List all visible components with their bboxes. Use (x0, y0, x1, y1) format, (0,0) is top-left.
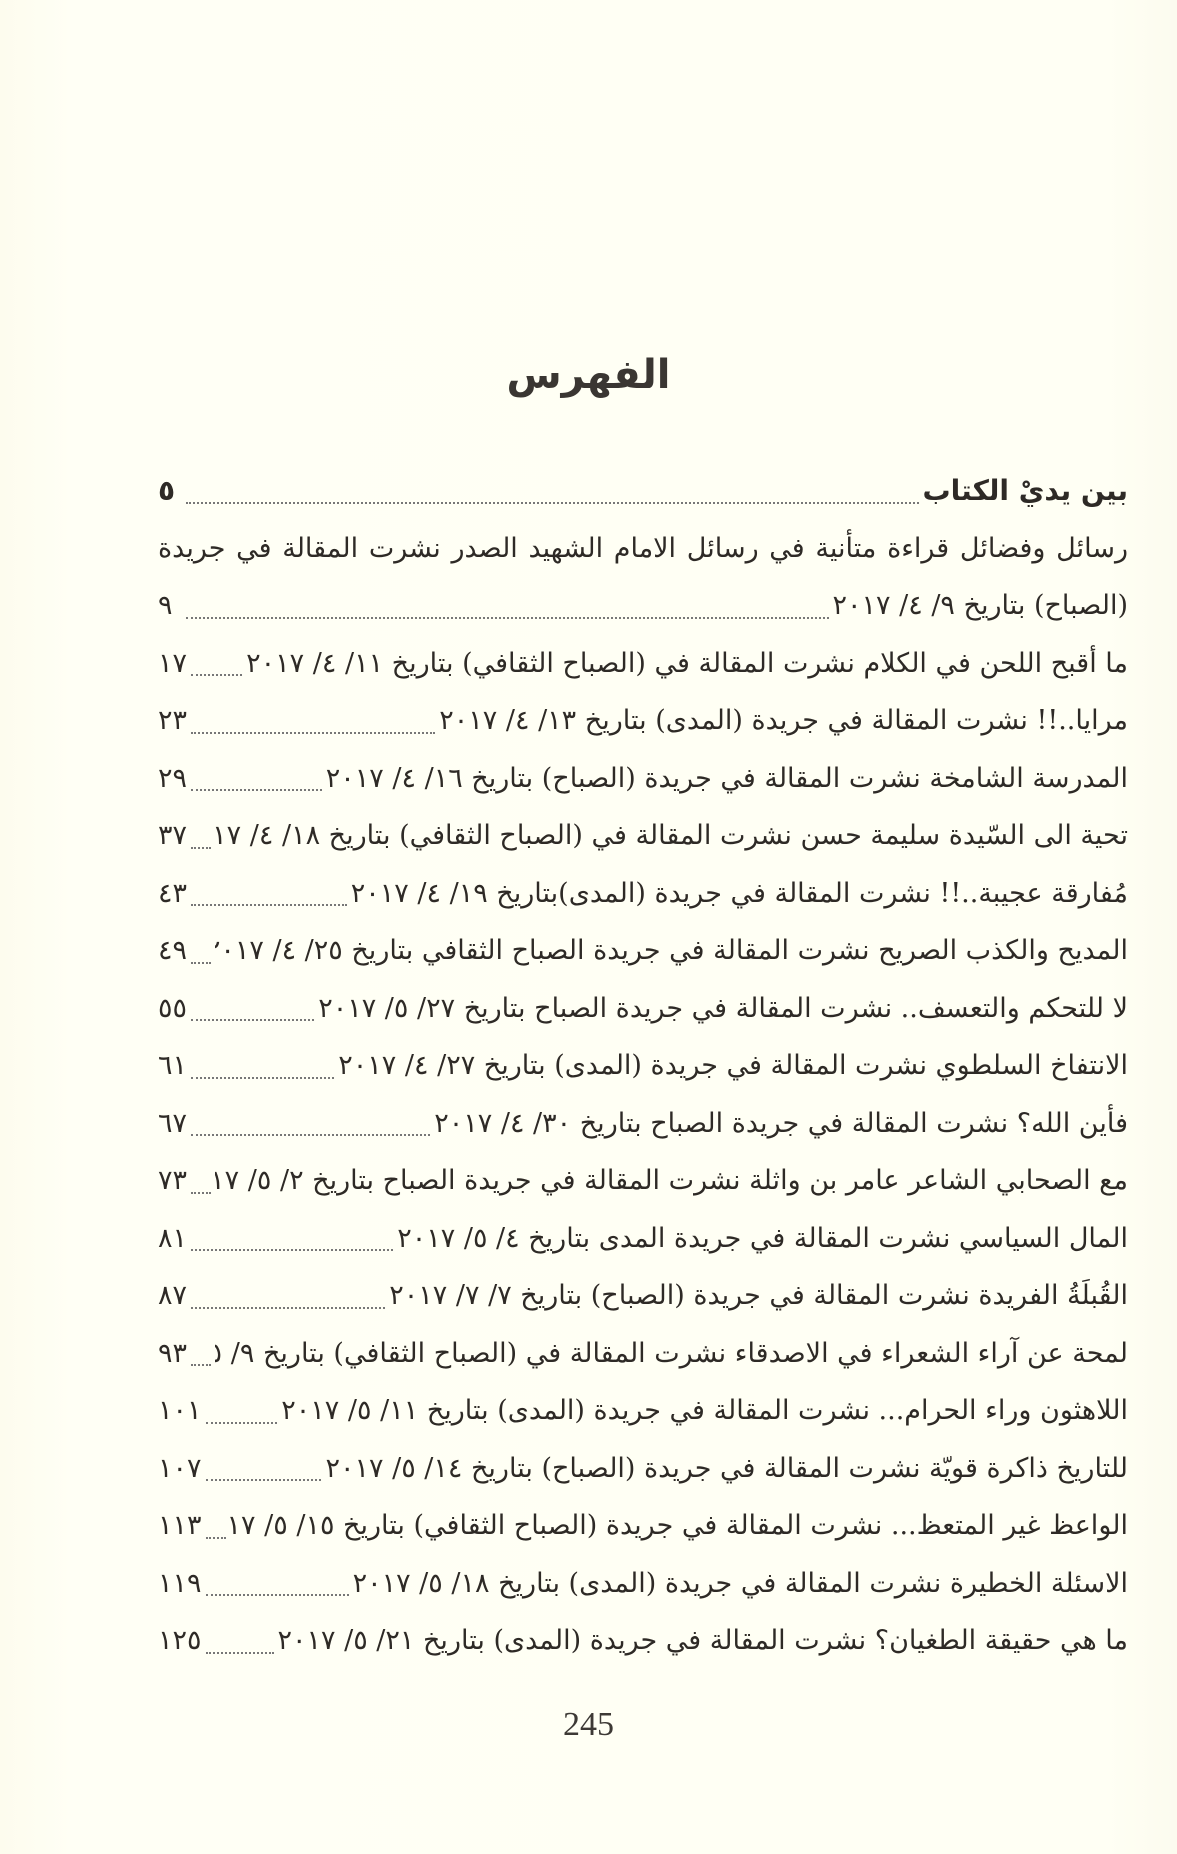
dot-leader (191, 674, 242, 676)
toc-entry-title: مرايا..!! نشرت المقالة في جريدة (المدى) … (439, 692, 1128, 750)
toc-entry: تحية الى السّيدة سليمة حسن نشرت المقالة … (158, 807, 1128, 865)
toc-entry-page: ١١٩ (158, 1555, 202, 1613)
dot-leader (191, 1134, 430, 1136)
dot-leader (206, 1594, 349, 1596)
toc-entry: مع الصحابي الشاعر عامر بن واثلة نشرت الم… (158, 1152, 1128, 1210)
toc-entry-page: ١٠١ (158, 1382, 202, 1440)
toc-entry-title: المال السياسي نشرت المقالة في جريدة المد… (397, 1210, 1128, 1268)
toc-entry-page: ٨٧ (158, 1267, 187, 1325)
toc-entry-title: ما هي حقيقة الطغيان؟ نشرت المقالة في جري… (278, 1612, 1129, 1670)
toc-entry-title: القُبلَةُ الفريدة نشرت المقالة في جريدة … (389, 1267, 1128, 1325)
toc-entry: الانتفاخ السلطوي نشرت المقالة في جريدة (… (158, 1037, 1128, 1095)
toc-entry-page: ١٠٧ (158, 1440, 202, 1498)
dot-leader (191, 1019, 314, 1021)
toc-entry: بين يديْ الكتاب ٥ (158, 462, 1128, 520)
toc-entry-title: ما أقبح اللحن في الكلام نشرت المقالة في … (246, 635, 1128, 693)
toc-entry-title: مع الصحابي الشاعر عامر بن واثلة نشرت الم… (215, 1152, 1128, 1210)
page-number: 245 (0, 1706, 1177, 1744)
toc-entry-page: ٥ (158, 462, 182, 520)
toc-entry-page: ٢٣ (158, 692, 187, 750)
table-of-contents: بين يديْ الكتاب ٥ رسائل وفضائل قراءة متأ… (158, 462, 1128, 1670)
toc-entry-title: لا للتحكم والتعسف.. نشرت المقالة في جريد… (318, 980, 1128, 1038)
dot-leader (191, 1307, 385, 1309)
toc-entry: فأين الله؟ نشرت المقالة في جريدة الصباح … (158, 1095, 1128, 1153)
toc-entry-title: لمحة عن آراء الشعراء في الاصدقاء نشرت ال… (215, 1325, 1128, 1383)
toc-entry-title: للتاريخ ذاكرة قويّة نشرت المقالة في جريد… (325, 1440, 1128, 1498)
toc-entry-title: بين يديْ الكتاب (923, 462, 1128, 520)
toc-entry-page: ٨١ (158, 1210, 187, 1268)
page-title: الفهرس (0, 352, 1177, 398)
dot-leader (206, 1537, 226, 1539)
toc-entry-page: ١١٣ (158, 1497, 202, 1555)
toc-entry-title-line1: رسائل وفضائل قراءة متأنية في رسائل الاما… (158, 520, 1128, 578)
dot-leader (191, 1192, 211, 1194)
toc-entry-title: المدرسة الشامخة نشرت المقالة في جريدة (ا… (326, 750, 1128, 808)
dot-leader (191, 1249, 393, 1251)
toc-entry-page: ٥٥ (158, 980, 187, 1038)
toc-entry-page: ٤٣ (158, 865, 187, 923)
toc-entry-page: ٢٩ (158, 750, 187, 808)
toc-entry: القُبلَةُ الفريدة نشرت المقالة في جريدة … (158, 1267, 1128, 1325)
toc-entry: ما أقبح اللحن في الكلام نشرت المقالة في … (158, 635, 1128, 693)
toc-entry-title: (الصباح) بتاريخ ٩/ ٤/ ٢٠١٧ (833, 577, 1128, 635)
toc-entry: المال السياسي نشرت المقالة في جريدة المد… (158, 1210, 1128, 1268)
toc-entry-page: ٩ (158, 577, 182, 635)
toc-entry: الواعظ غير المتعظ... نشرت المقالة في جري… (158, 1497, 1128, 1555)
toc-entry-title: اللاهثون وراء الحرام... نشرت المقالة في … (281, 1382, 1128, 1440)
dot-leader (191, 789, 322, 791)
toc-entry-page: ٩٣ (158, 1325, 187, 1383)
toc-entry: للتاريخ ذاكرة قويّة نشرت المقالة في جريد… (158, 1440, 1128, 1498)
toc-entry-page: ١٧ (158, 635, 187, 693)
toc-entry-page: ٧٣ (158, 1152, 187, 1210)
toc-entry-title: الواعظ غير المتعظ... نشرت المقالة في جري… (230, 1497, 1128, 1555)
toc-entry: لا للتحكم والتعسف.. نشرت المقالة في جريد… (158, 980, 1128, 1038)
dot-leader (191, 904, 347, 906)
toc-entry-title: الانتفاخ السلطوي نشرت المقالة في جريدة (… (338, 1037, 1128, 1095)
toc-entry-title: تحية الى السّيدة سليمة حسن نشرت المقالة … (215, 807, 1128, 865)
toc-entry: مُفارقة عجيبة..!! نشرت المقالة في جريدة … (158, 865, 1128, 923)
toc-entry-page: ٣٧ (158, 807, 187, 865)
dot-leader (191, 1077, 334, 1079)
toc-entry-title: فأين الله؟ نشرت المقالة في جريدة الصباح … (434, 1095, 1128, 1153)
toc-entry-page: ١٢٥ (158, 1612, 202, 1670)
toc-entry-page: ٦٧ (158, 1095, 187, 1153)
toc-entry-title: المديح والكذب الصريح نشرت المقالة في جري… (215, 922, 1128, 980)
toc-entry: المديح والكذب الصريح نشرت المقالة في جري… (158, 922, 1128, 980)
dot-leader (191, 847, 211, 849)
dot-leader (186, 617, 829, 619)
dot-leader (206, 1652, 274, 1654)
toc-entry-title: مُفارقة عجيبة..!! نشرت المقالة في جريدة … (351, 865, 1128, 923)
dot-leader (191, 1364, 211, 1366)
toc-entry: المدرسة الشامخة نشرت المقالة في جريدة (ا… (158, 750, 1128, 808)
toc-entry: مرايا..!! نشرت المقالة في جريدة (المدى) … (158, 692, 1128, 750)
dot-leader (206, 1422, 278, 1424)
toc-entry: ما هي حقيقة الطغيان؟ نشرت المقالة في جري… (158, 1612, 1128, 1670)
dot-leader (191, 962, 211, 964)
toc-entry: الاسئلة الخطيرة نشرت المقالة في جريدة (ا… (158, 1555, 1128, 1613)
toc-entry: رسائل وفضائل قراءة متأنية في رسائل الاما… (158, 520, 1128, 635)
toc-entry-page: ٦١ (158, 1037, 187, 1095)
dot-leader (206, 1479, 322, 1481)
toc-entry-title: الاسئلة الخطيرة نشرت المقالة في جريدة (ا… (353, 1555, 1128, 1613)
dot-leader (186, 502, 919, 504)
book-page: الفهرس بين يديْ الكتاب ٥ رسائل وفضائل قر… (0, 0, 1177, 1854)
toc-entry-page: ٤٩ (158, 922, 187, 980)
dot-leader (191, 732, 435, 734)
toc-entry: لمحة عن آراء الشعراء في الاصدقاء نشرت ال… (158, 1325, 1128, 1383)
toc-entry: اللاهثون وراء الحرام... نشرت المقالة في … (158, 1382, 1128, 1440)
